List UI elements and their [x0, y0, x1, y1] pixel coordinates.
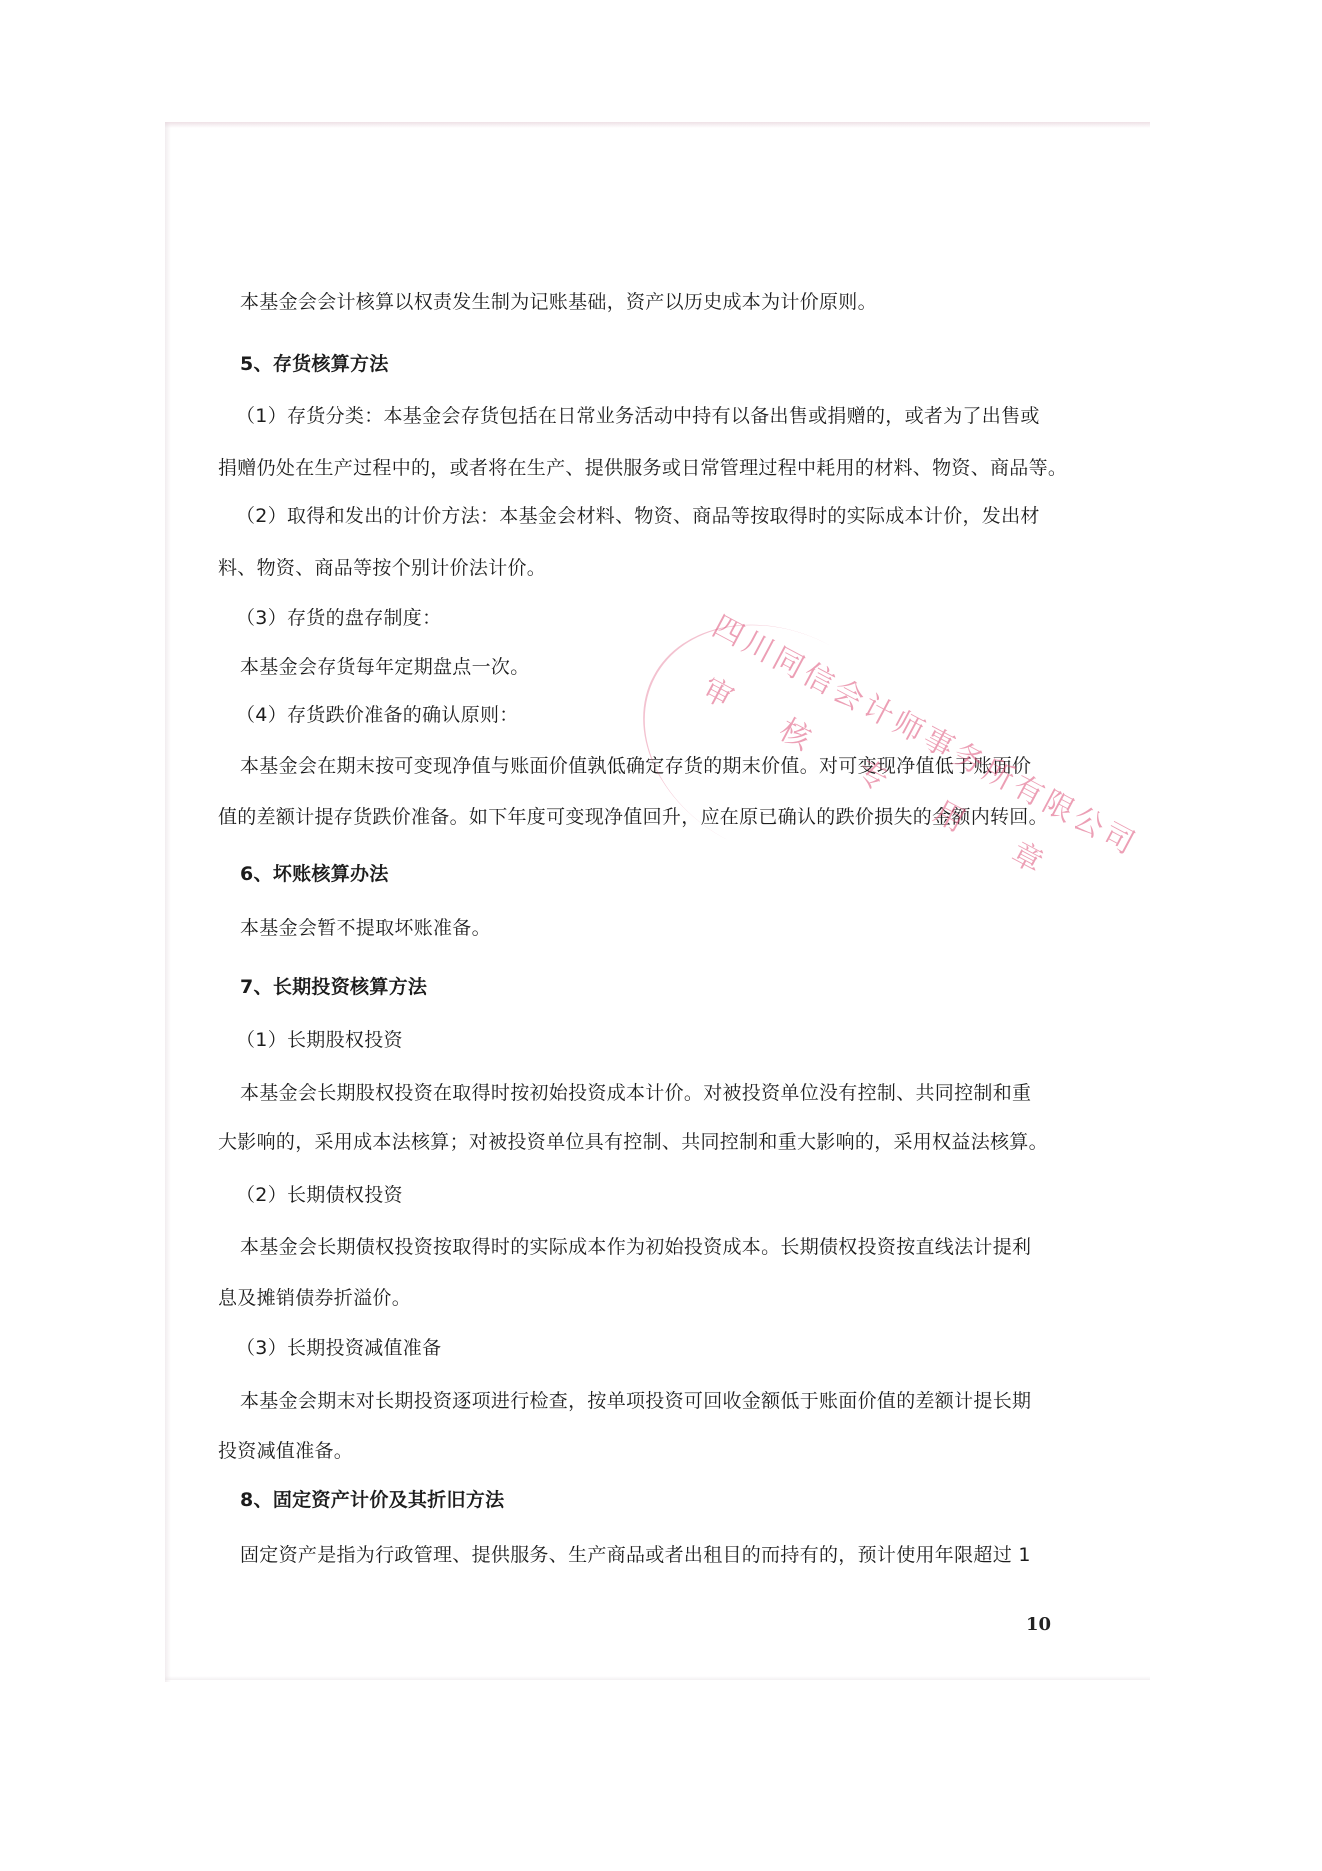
paragraph-inventory-classification-cont: 捐赠仍处在生产过程中的，或者将在生产、提供服务或日常管理过程中耗用的材料、物资、… [218, 456, 1067, 480]
heading-bad-debt: 6、坏账核算办法 [240, 862, 389, 886]
paragraph-fixed-assets: 固定资产是指为行政管理、提供服务、生产商品或者出租目的而持有的，预计使用年限超过… [240, 1543, 1031, 1567]
scan-border-bottom [165, 1676, 1150, 1680]
paragraph-equity-investment-title: （1）长期股权投资 [236, 1028, 403, 1052]
paragraph-valuation-method-cont: 料、物资、商品等按个别计价法计价。 [218, 556, 546, 580]
paragraph-inventory-classification: （1）存货分类：本基金会存货包括在日常业务活动中持有以备出售或捐赠的，或者为了出… [236, 404, 1040, 428]
scanned-document-page: 本基金会会计核算以权责发生制为记账基础，资产以历史成本为计价原则。 5、存货核算… [0, 0, 1322, 1871]
paragraph-annual-count: 本基金会存货每年定期盘点一次。 [240, 655, 530, 679]
paragraph-bad-debt: 本基金会暂不提取坏账准备。 [240, 916, 491, 940]
seal-text-purpose: 审 核 专 用 章 [696, 664, 1074, 893]
scan-border-top [165, 122, 1150, 128]
paragraph-impairment-principle: （4）存货跌价准备的确认原则： [236, 703, 519, 727]
paragraph-equity-investment: 本基金会长期股权投资在取得时按初始投资成本计价。对被投资单位没有控制、共同控制和… [240, 1081, 1031, 1105]
paragraph-investment-impairment-title: （3）长期投资减值准备 [236, 1336, 441, 1360]
paragraph-accounting-basis: 本基金会会计核算以权责发生制为记账基础，资产以历史成本为计价原则。 [240, 290, 877, 314]
paragraph-inventory-system: （3）存货的盘存制度： [236, 606, 441, 630]
paragraph-equity-investment-cont: 大影响的，采用成本法核算；对被投资单位具有控制、共同控制和重大影响的，采用权益法… [218, 1130, 1048, 1154]
page-number: 10 [1026, 1614, 1051, 1635]
paragraph-impairment-detail-cont: 值的差额计提存货跌价准备。如下年度可变现净值回升，应在原已确认的跌价损失的金额内… [218, 805, 1048, 829]
paragraph-debt-investment-title: （2）长期债权投资 [236, 1183, 403, 1207]
paragraph-debt-investment: 本基金会长期债权投资按取得时的实际成本作为初始投资成本。长期债权投资按直线法计提… [240, 1235, 1031, 1259]
paragraph-investment-impairment: 本基金会期末对长期投资逐项进行检查，按单项投资可回收金额低于账面价值的差额计提长… [240, 1389, 1031, 1413]
seal-ring [602, 579, 954, 906]
heading-long-term-investment: 7、长期投资核算方法 [240, 975, 427, 999]
paragraph-impairment-detail: 本基金会在期末按可变现净值与账面价值孰低确定存货的期末价值。对可变现净值低于账面… [240, 754, 1031, 778]
paragraph-valuation-method: （2）取得和发出的计价方法：本基金会材料、物资、商品等按取得时的实际成本计价，发… [236, 504, 1040, 528]
heading-fixed-assets: 8、固定资产计价及其折旧方法 [240, 1488, 504, 1512]
paragraph-debt-investment-cont: 息及摊销债券折溢价。 [218, 1286, 411, 1310]
scan-border-left [165, 122, 171, 1682]
paragraph-investment-impairment-cont: 投资减值准备。 [218, 1439, 353, 1463]
heading-inventory-accounting: 5、存货核算方法 [240, 352, 389, 376]
